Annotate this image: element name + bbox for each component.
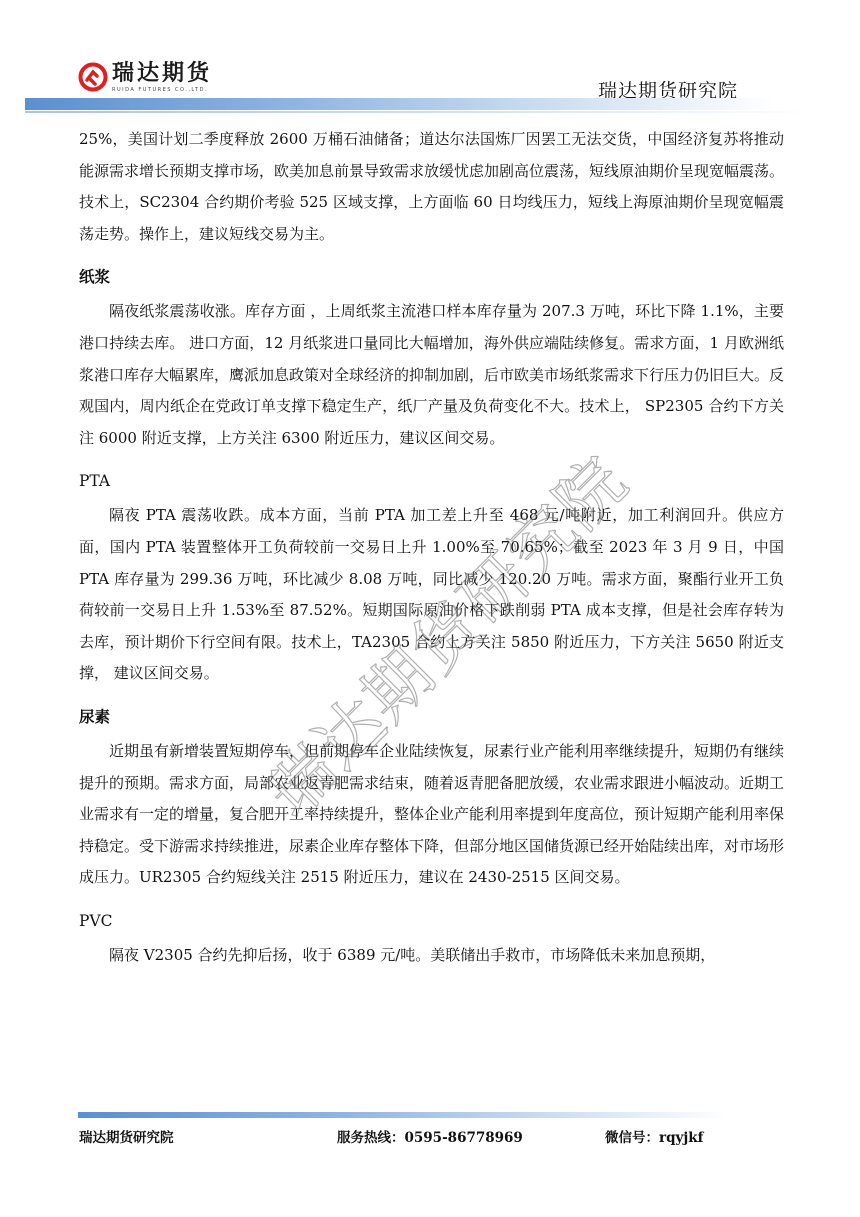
section-title-pulp: 纸浆 — [79, 262, 784, 292]
section-title-pvc: PVC — [79, 906, 784, 936]
company-logo: 瑞达期货 RUIDA FUTURES CO.,LTD. — [78, 62, 212, 93]
footer-wechat: 微信号：rqyjkf — [605, 1126, 703, 1146]
header-divider-bar — [25, 98, 775, 110]
paragraph-pvc: 隔夜 V2305 合约先抑后扬，收于 6389 元/吨。美联储出手救市，市场降低… — [79, 940, 784, 972]
footer-divider-bar — [78, 1112, 728, 1118]
paragraph-crude-oil-continued: 25%，美国计划二季度释放 2600 万桶石油储备；道达尔法国炼厂因罢工无法交货… — [79, 124, 784, 250]
section-title-urea: 尿素 — [79, 702, 784, 732]
paragraph-pta: 隔夜 PTA 震荡收跌。成本方面，当前 PTA 加工差上升至 468 元/吨附近… — [79, 500, 784, 690]
footer-org-name: 瑞达期货研究院 — [79, 1126, 174, 1146]
paragraph-urea: 近期虽有新增装置短期停车，但前期停车企业陆续恢复，尿素行业产能利用率继续提升，短… — [79, 736, 784, 894]
logo-chinese-name: 瑞达期货 — [112, 62, 212, 86]
page-header: 瑞达期货 RUIDA FUTURES CO.,LTD. 瑞达期货研究院 — [0, 0, 860, 115]
footer-hotline: 服务热线：0595-86778969 — [337, 1126, 523, 1146]
ruida-logo-icon — [78, 62, 108, 92]
report-body: 25%，美国计划二季度释放 2600 万桶石油储备；道达尔法国炼厂因罢工无法交货… — [79, 124, 784, 971]
header-divider-line — [25, 111, 815, 113]
paragraph-pulp: 隔夜纸浆震荡收涨。库存方面 ，上周纸浆主流港口样本库存量为 207.3 万吨，环… — [79, 296, 784, 454]
section-title-pta: PTA — [79, 466, 784, 496]
logo-english-name: RUIDA FUTURES CO.,LTD. — [112, 87, 212, 93]
